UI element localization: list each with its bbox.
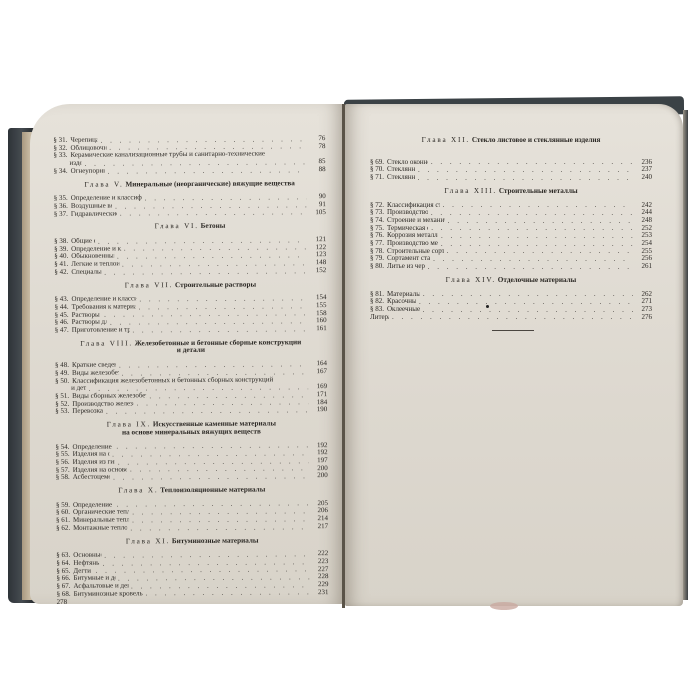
toc-entry: § 62.Монтажные теплоизоляционные материа…	[56, 523, 328, 533]
toc-entry: § 58.Асбестоцементные изделия200	[56, 472, 328, 482]
chapter-heading: Глава V. Минеральные (неорганические) вя…	[54, 180, 326, 190]
toc-entry: § 69.Стекло оконное и зеркальное236	[370, 159, 652, 167]
toc-entry: § 47.Приготовление и транспортирование р…	[55, 325, 327, 335]
leader-dots	[419, 299, 633, 306]
chapter-heading: Глава XIII. Строительные металлы	[370, 188, 652, 196]
paper-stain	[490, 602, 518, 610]
leader-dots	[132, 326, 307, 334]
toc-entry: § 77.Производство металлических изделий2…	[370, 240, 652, 248]
toc-entry: § 81.Материалы для красок262	[370, 291, 652, 299]
leader-dots	[108, 167, 307, 175]
chapter-heading: Глава X. Теплоизоляционные материалы	[56, 486, 328, 496]
toc-entry: § 42.Специальные бетоны152	[54, 267, 326, 277]
toc-entry: § 34.Огнеупорные материалы88	[54, 166, 326, 176]
toc-left: § 31.Черепица глиняная76 § 32.Облицовочн…	[53, 135, 328, 607]
leader-dots	[448, 218, 633, 225]
page-number-folio: 278	[57, 597, 329, 607]
toc-entry: § 73.Производство чугуна и стали244	[370, 209, 652, 217]
leader-dots	[104, 268, 307, 276]
chapter-heading: Глава IX. Искусственные каменные материа…	[55, 420, 327, 437]
leader-dots	[431, 210, 633, 217]
toc-entry: § 53.Перевозка и хранение190	[55, 406, 327, 416]
page-edges-right	[683, 110, 688, 600]
leader-dots	[392, 314, 633, 321]
ink-dot	[486, 305, 489, 308]
leader-dots	[418, 175, 633, 182]
leader-dots	[433, 256, 633, 263]
leader-dots	[441, 241, 633, 248]
leader-dots	[418, 167, 633, 174]
leader-dots	[146, 590, 310, 598]
chapter-heading: Глава XIV. Отделочные материалы	[370, 277, 652, 285]
leader-dots	[130, 524, 309, 532]
toc-group-top: § 31.Черепица глиняная76 § 32.Облицовочн…	[53, 135, 325, 175]
chapter-heading: Глава VII. Строительные растворы	[54, 281, 326, 291]
toc-entry: § 80.Литье из черных металлов261	[370, 263, 652, 271]
toc-entry: § 76.Коррозия металлов и их защита от не…	[370, 232, 652, 240]
toc-entry: § 79.Сортамент стальных профилей256	[370, 255, 652, 263]
toc-entry: § 72.Классификация строительных металлов…	[370, 202, 652, 210]
chapter-heading: Глава VI. Бетоны	[54, 222, 326, 232]
toc-entry: § 70.Стеклянные трубы237	[370, 166, 652, 174]
toc-entry: § 75.Термическая обработка стали252	[370, 225, 652, 233]
chapter-heading: Глава VIII. Железобетонные и бетонные сб…	[55, 339, 327, 356]
leader-dots	[441, 233, 633, 240]
leader-dots	[443, 202, 633, 209]
toc-entry-literature: Литература276	[370, 314, 652, 322]
chapter-heading: Глава XII. Стекло листовое и стеклянные …	[370, 137, 652, 145]
toc-entry: § 82.Красочные составы271	[370, 298, 652, 306]
toc-right: Глава XII. Стекло листовое и стеклянные …	[370, 131, 652, 321]
toc-entry: § 71.Стеклянные блоки240	[370, 174, 652, 182]
leader-dots	[431, 159, 633, 166]
leader-dots	[447, 248, 633, 255]
leader-dots	[428, 264, 633, 271]
toc-entry: § 78.Строительные сорта стали и их приме…	[370, 248, 652, 256]
toc-entry: § 83.Оклеечные материалы273	[370, 306, 652, 314]
toc-entry: § 37.Гидравлические вяжущие вещества105	[54, 209, 326, 219]
toc-entry: § 74.Строение и механические свойства ме…	[370, 217, 652, 225]
leader-dots	[431, 225, 633, 232]
leader-dots	[423, 291, 633, 298]
leader-dots	[113, 473, 309, 481]
leader-dots	[423, 307, 633, 314]
chapter-heading: Глава XI. Битуминозные материалы	[56, 537, 328, 547]
end-rule-divider	[492, 330, 534, 331]
leader-dots	[106, 407, 308, 415]
leader-dots	[120, 210, 307, 218]
book-spine-gutter	[342, 104, 345, 608]
